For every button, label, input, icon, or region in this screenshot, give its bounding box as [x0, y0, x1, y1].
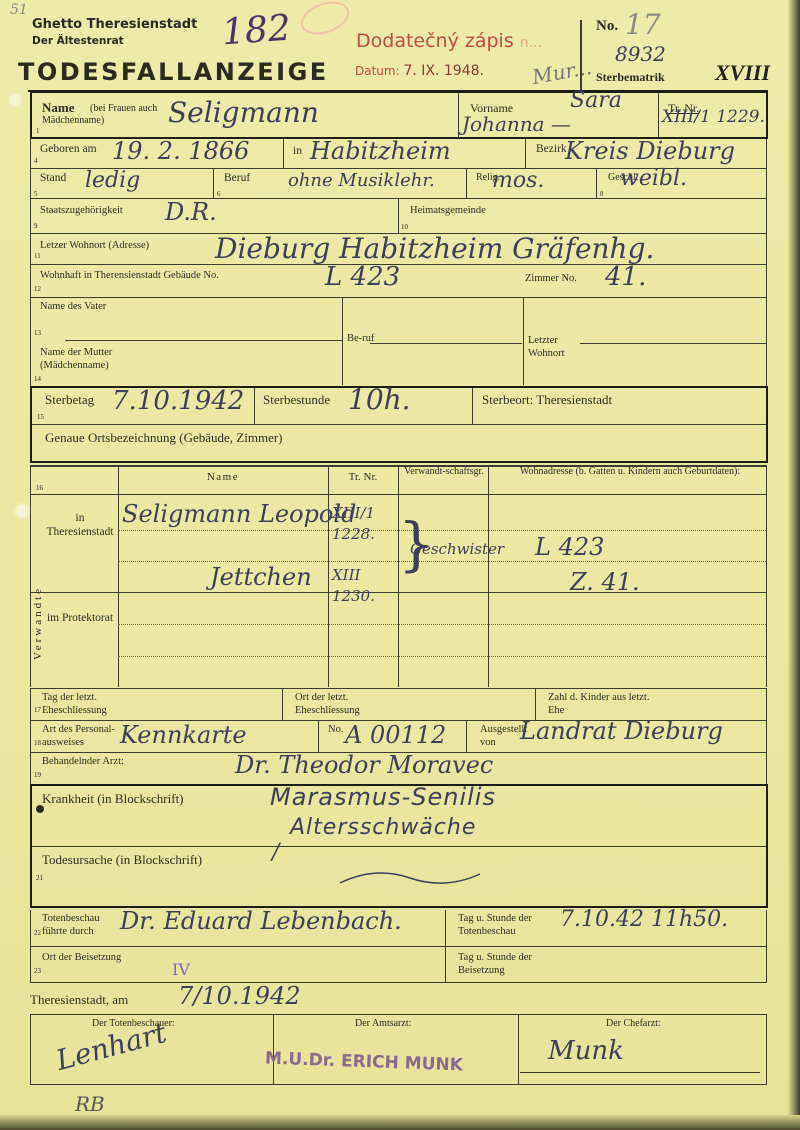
geboren-label: Geboren am — [40, 143, 97, 157]
row-num-19: 19 — [34, 771, 41, 779]
rule — [398, 198, 399, 233]
letzter-wohnort-label: Letzer Wohnort (Adresse) — [40, 240, 149, 253]
in-value: Habitzheim — [310, 137, 451, 165]
verwandte-side-label: Verwandte — [32, 586, 44, 660]
row-num-23: 23 — [34, 967, 41, 975]
row-num-10: 10 — [401, 223, 408, 231]
vater-label: Name des Vater — [40, 301, 120, 314]
ort-beisetzung-value: IV — [172, 960, 190, 979]
col-wohnadresse: Wohnadresse (b. Gatten u. Kindern auch G… — [500, 466, 760, 478]
rule — [466, 720, 467, 752]
punch-hole — [36, 805, 44, 813]
rule — [596, 168, 597, 198]
relative-1-name: Seligmann Leopold — [122, 500, 356, 528]
rule — [30, 494, 767, 495]
totenbeschau-value: Dr. Eduard Lebenbach. — [120, 907, 402, 935]
vorname-value-2: Johanna — — [462, 112, 571, 136]
col-verwandt: Verwandt-schaftsgr. — [400, 466, 488, 478]
krankheit-label: Krankheit (in Blockschrift) — [42, 791, 184, 807]
row-num-6: 6 — [217, 190, 221, 198]
row-num-8: 8 — [600, 190, 604, 198]
tag-stunde-totenbeschau-value: 7.10.42 11h50. — [560, 907, 728, 932]
row-num-9: 9 — [34, 222, 38, 230]
geboren-value: 19. 2. 1866 — [112, 137, 249, 165]
col-name: Name — [118, 471, 328, 484]
beruf-value: ohne Musiklehr. — [288, 170, 435, 191]
wohnhaft-label: Wohnhaft in Therensienstadt Gebäude No. — [40, 270, 219, 283]
stamp-text: Dodatečný zápis — [356, 30, 514, 52]
rule — [766, 688, 767, 788]
rule — [766, 465, 767, 687]
bottom-initials: RB — [75, 1092, 105, 1116]
sterbematrik-label: Sterbematrik — [596, 70, 665, 85]
stand-label: Stand — [40, 172, 66, 186]
group-protektorat: im Protektorat — [45, 606, 115, 631]
row-num-1: 1 — [36, 127, 40, 135]
col-trnr: Tr. Nr. — [328, 471, 398, 484]
relative-2-trnr: XIII 1230. — [332, 565, 392, 607]
volume-value: XVIII — [715, 60, 770, 86]
krankheit-value-1: Marasmus-Senilis — [270, 783, 496, 811]
relative-address-2: Z. 41. — [570, 568, 640, 596]
art-ausweis-value: Kennkarte — [120, 721, 247, 749]
rule — [30, 465, 31, 687]
staats-label: Staatszugehörigkeit — [40, 205, 123, 218]
page-title: TODESFALLANZEIGE — [18, 58, 329, 86]
relative-1-trnr: XIII/1 1228. — [332, 503, 392, 545]
stamp-date-label: Datum: — [355, 64, 400, 78]
todesursache-value: / — [272, 840, 279, 865]
handwritten-number: 182 — [221, 8, 292, 54]
place-date-label: Theresienstadt, am — [30, 992, 128, 1008]
trnr-divider — [658, 92, 659, 138]
stamp-date: Datum: 7. IX. 1948. — [355, 63, 484, 79]
ort-eheschliessung-label: Ort der letzt. Eheschliessung — [295, 692, 415, 717]
tag-eheschliessung-label: Tag der letzt. Eheschliessung — [42, 692, 162, 717]
rule — [328, 465, 329, 687]
behandelnder-arzt-value: Dr. Theodor Moravec — [235, 751, 493, 779]
name-value: Seligmann — [168, 96, 319, 129]
rule — [30, 297, 767, 298]
relation-value: Geschwister — [410, 540, 504, 558]
stamp-dodatecny: Dodatečný zápis n... — [356, 30, 542, 52]
rule — [30, 946, 767, 947]
in-label: in — [293, 145, 302, 159]
bezirk-label: Bezirk — [536, 143, 567, 157]
bezirk-divider — [525, 139, 526, 168]
row-num-18: 18 — [34, 739, 41, 747]
header-divider — [580, 20, 582, 90]
krankheit-value-2: Altersschwäche — [290, 815, 476, 840]
rule — [254, 388, 255, 424]
zimmer-value: 41. — [605, 262, 646, 292]
rule — [282, 688, 283, 720]
dotted-rule — [118, 530, 766, 531]
rule — [30, 982, 767, 983]
sterbetag-label: Sterbetag — [45, 392, 94, 408]
behandelnder-arzt-label: Behandelnder Arzt: — [42, 756, 124, 769]
row-num-11: 11 — [34, 252, 41, 260]
relative-2-name: Jettchen — [210, 563, 312, 591]
stand-value: ledig — [85, 168, 140, 193]
rule — [535, 688, 536, 720]
sterbestunde-value: 10h. — [348, 383, 411, 416]
sterbestunde-label: Sterbestunde — [263, 392, 330, 408]
row-num-13: 13 — [34, 329, 41, 337]
tag-stunde-totenbeschau-label: Tag u. Stunde der Totenbeschau — [458, 913, 558, 938]
rule — [318, 720, 319, 752]
ort-beisetzung-label: Ort der Beisetzung — [42, 952, 122, 965]
rule — [472, 388, 473, 424]
rule — [488, 465, 489, 687]
place-date-value: 7/10.1942 — [178, 982, 301, 1010]
letzter-wohnort-value: Dieburg Habitzheim Gräfenhg. — [215, 232, 654, 265]
corner-pencil-number: 51 — [10, 2, 28, 18]
rule — [30, 688, 767, 689]
totenbeschau-label: Totenbeschau führte durch — [42, 913, 127, 938]
row-num-16: 16 — [36, 484, 43, 492]
rule — [65, 340, 342, 341]
rule — [518, 1014, 519, 1085]
dotted-rule — [118, 656, 766, 657]
group-theresienstadt: in Theresienstadt — [45, 512, 115, 540]
punch-hole — [16, 505, 28, 517]
org-line-1: Ghetto Theresienstadt — [32, 17, 197, 32]
rule — [580, 343, 767, 344]
rule — [30, 592, 767, 593]
ausgestellt-value: Landrat Dieburg — [520, 717, 723, 745]
paper-edge — [0, 1115, 800, 1130]
stamp-text-faint: n... — [520, 35, 542, 51]
row-num-14: 14 — [34, 375, 41, 383]
tag-stunde-beisetzung-label: Tag u. Stunde der Beisetzung — [458, 952, 558, 977]
mutter-label: Name der Mutter (Mädchenname) — [40, 347, 180, 372]
rule — [213, 168, 214, 198]
row-num-12: 12 — [34, 285, 41, 293]
beruf-label: Beruf — [224, 172, 250, 186]
relative-address-1: L 423 — [535, 533, 604, 561]
rule — [30, 688, 31, 788]
staats-value: D.R. — [165, 198, 217, 226]
rule — [32, 424, 766, 425]
sterbematrik-value: 8932 — [615, 42, 666, 66]
org-line-2: Der Ältestenrat — [32, 35, 124, 47]
zahl-kinder-label: Zahl d. Kinder aus letzt. Ehe — [548, 692, 658, 717]
wohnhaft-value: L 423 — [325, 262, 400, 292]
row-num-15: 15 — [37, 413, 44, 421]
row-num-5: 5 — [34, 190, 38, 198]
row-num-17: 17 — [34, 706, 41, 714]
stamp-date-value: 7. IX. 1948. — [403, 63, 484, 79]
amtsarzt-sig-label: Der Amtsarzt: — [355, 1018, 411, 1030]
rule — [32, 846, 766, 847]
chefarzt-signature-line — [520, 1072, 760, 1073]
dotted-rule — [118, 624, 766, 625]
ortsbez-label: Genaue Ortsbezeichnung (Gebäude, Zimmer) — [45, 430, 283, 446]
rule — [370, 343, 522, 344]
in-divider — [283, 139, 284, 168]
wavy-line-mark — [335, 868, 485, 888]
vorname-divider — [458, 92, 459, 138]
chefarzt-signature: Munk — [548, 1036, 624, 1066]
row-num-4: 4 — [34, 157, 38, 165]
dotted-rule — [118, 561, 766, 562]
punch-hole — [10, 95, 20, 105]
row-num-21: 21 — [36, 874, 43, 882]
rule — [118, 465, 119, 687]
sterbeort-label: Sterbeort: Theresienstadt — [482, 392, 612, 408]
no-label: No. — [596, 18, 618, 35]
trnr-value: XIII/1 1229. — [662, 107, 765, 127]
rule — [466, 168, 467, 198]
ausweis-no-value: A 00112 — [345, 721, 446, 749]
no-value: 17 — [625, 8, 661, 41]
bezirk-value: Kreis Dieburg — [565, 137, 735, 165]
relig-value: mos. — [492, 168, 544, 193]
geschl-value: weibl. — [620, 166, 687, 191]
zimmer-label: Zimmer No. — [525, 273, 577, 286]
vorname-value: Sara — [570, 88, 622, 113]
heimat-label: Heimatsgemeinde — [410, 205, 486, 218]
row-num-22: 22 — [34, 929, 41, 937]
rule — [342, 297, 343, 385]
rule — [523, 297, 524, 385]
name-label-note: (bei Frauen auch Mädchenname) — [42, 103, 162, 127]
chefarzt-sig-label: Der Chefarzt: — [606, 1018, 661, 1030]
todesursache-label: Todesursache (in Blockschrift) — [42, 852, 202, 868]
letzter-wohnort2-label: Letzter Wohnort — [528, 335, 588, 360]
ausweis-no-label: No. — [328, 724, 343, 737]
sterbetag-value: 7.10.1942 — [112, 386, 244, 416]
